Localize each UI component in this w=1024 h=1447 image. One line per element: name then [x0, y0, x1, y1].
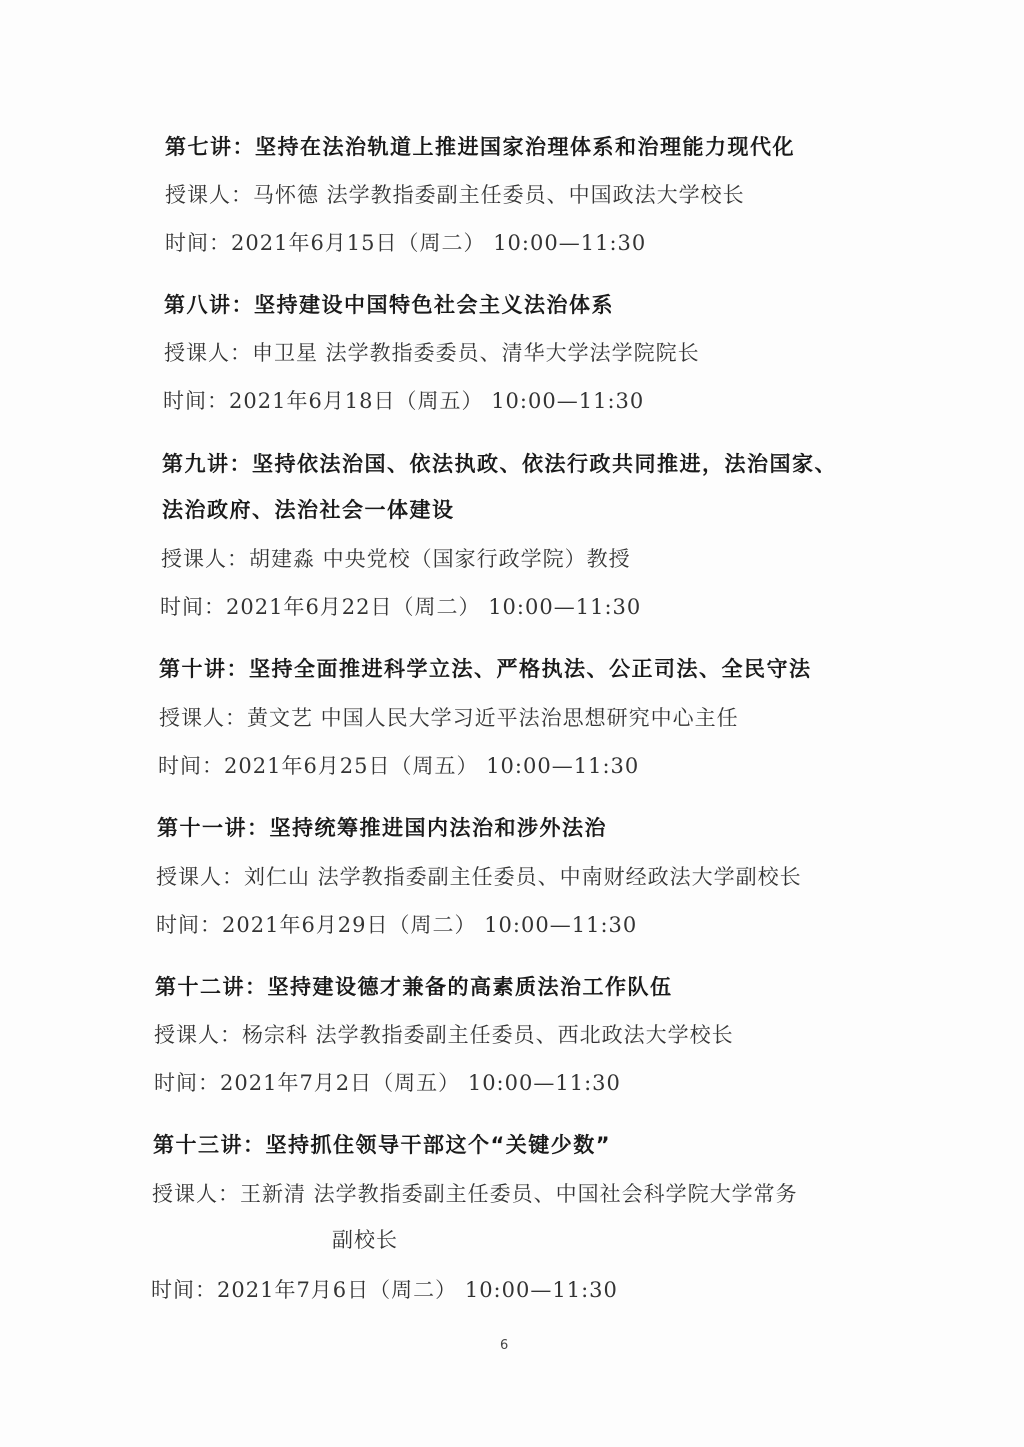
lecture-12-lecturer: 授课人：杨宗科 法学教指委副主任委员、西北政法大学校长 — [154, 1021, 734, 1049]
document-page: 第七讲：坚持在法治轨道上推进国家治理体系和治理能力现代化 授课人：马怀德 法学教… — [0, 0, 1024, 1447]
lecture-13-lecturer-line-2: 副校长 — [332, 1226, 398, 1254]
lecture-7-time: 时间：2021年6月15日（周二） 10:00—11:30 — [165, 229, 646, 257]
lecture-9-title-line-2: 法治政府、法治社会一体建设 — [162, 496, 455, 524]
lecture-10-title: 第十讲：坚持全面推进科学立法、严格执法、公正司法、全民守法 — [159, 655, 812, 683]
lecture-11-lecturer: 授课人：刘仁山 法学教指委副主任委员、中南财经政法大学副校长 — [156, 863, 802, 891]
lecture-7-title: 第七讲：坚持在法治轨道上推进国家治理体系和治理能力现代化 — [165, 133, 795, 161]
lecture-11-title: 第十一讲：坚持统筹推进国内法治和涉外法治 — [157, 814, 607, 842]
lecture-9-title-line-1: 第九讲：坚持依法治国、依法执政、依法行政共同推进，法治国家、 — [162, 450, 837, 478]
lecture-7-lecturer: 授课人：马怀德 法学教指委副主任委员、中国政法大学校长 — [165, 181, 745, 209]
lecture-12-title: 第十二讲：坚持建设德才兼备的高素质法治工作队伍 — [155, 973, 673, 1001]
lecture-10-lecturer: 授课人：黄文艺 中国人民大学习近平法治思想研究中心主任 — [159, 704, 739, 732]
page-number: 6 — [500, 1338, 508, 1353]
lecture-13-time: 时间：2021年7月6日（周二） 10:00—11:30 — [151, 1276, 618, 1304]
lecture-8-time: 时间：2021年6月18日（周五） 10:00—11:30 — [163, 387, 644, 415]
lecture-10-time: 时间：2021年6月25日（周五） 10:00—11:30 — [158, 752, 639, 780]
lecture-9-time: 时间：2021年6月22日（周二） 10:00—11:30 — [160, 593, 641, 621]
lecture-13-title: 第十三讲：坚持抓住领导干部这个“关键少数” — [153, 1131, 611, 1159]
lecture-11-time: 时间：2021年6月29日（周二） 10:00—11:30 — [156, 911, 637, 939]
lecture-8-lecturer: 授课人：申卫星 法学教指委委员、清华大学法学院院长 — [164, 339, 700, 367]
lecture-8-title: 第八讲：坚持建设中国特色社会主义法治体系 — [164, 291, 614, 319]
lecture-12-time: 时间：2021年7月2日（周五） 10:00—11:30 — [154, 1069, 621, 1097]
lecture-13-lecturer-line-1: 授课人：王新清 法学教指委副主任委员、中国社会科学院大学常务 — [152, 1180, 798, 1208]
lecture-9-lecturer: 授课人：胡建淼 中央党校（国家行政学院）教授 — [161, 545, 631, 573]
